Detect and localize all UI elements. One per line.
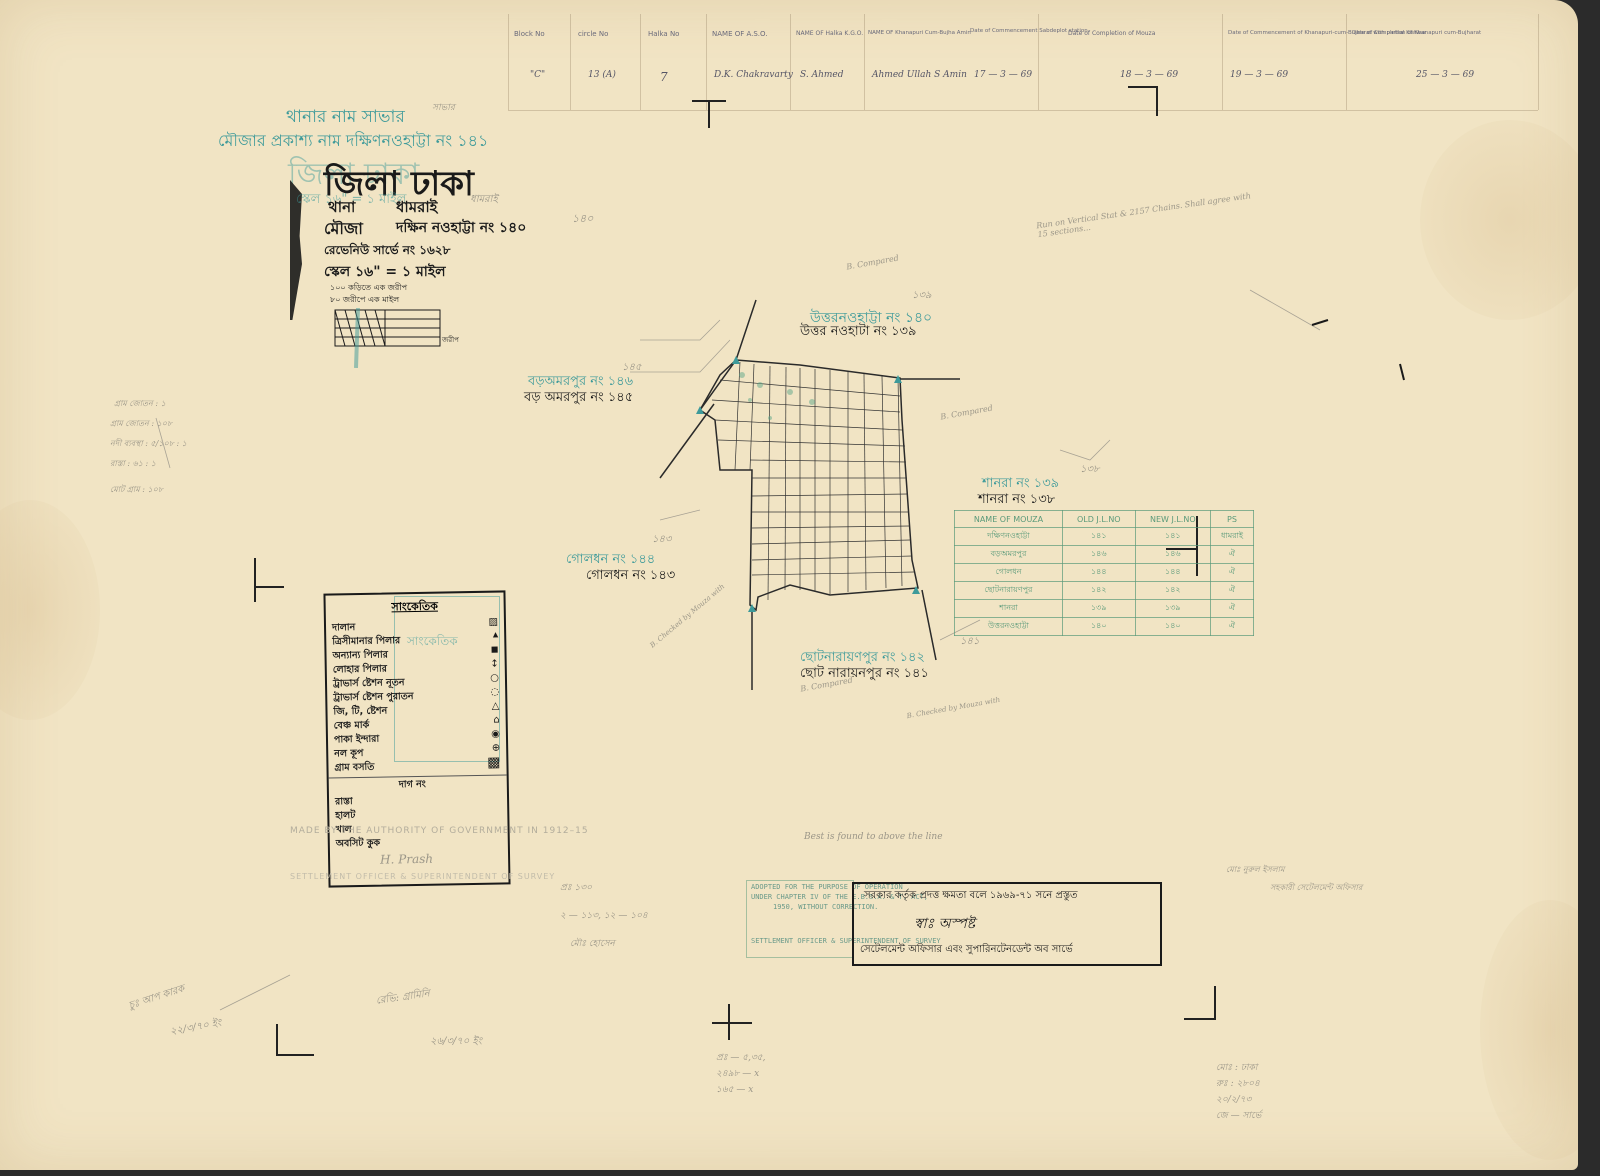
table-cell: ধামরাই [1211, 528, 1254, 546]
pencil-tally: রাস্তা : ৬১ : ১ [110, 458, 156, 471]
table-cell: ১৪৪ [1062, 564, 1135, 582]
pencil-note-officer-title: সহকারী সেটেলমেন্ট অফিসার [1270, 882, 1362, 895]
neighbor-label: উত্তর নওহাটা নং ১৩৯ [800, 322, 916, 343]
map-sheet: Block No circle No Halka No NAME OF A.S.… [0, 0, 1578, 1170]
officer-signature: স্বাঃ অস্পষ্ট [914, 912, 975, 936]
table-header: NAME OF MOUZA [955, 511, 1063, 528]
table-cell: ১৪২ [1135, 582, 1210, 600]
pencil-note-bottom: Best is found to above the line [804, 832, 943, 842]
table-row: গোলধন ১৪৪ ১৪৪ ঐ [955, 564, 1254, 582]
pucca-well-icon: ◉ [491, 729, 500, 740]
table-cell: বড়অমরপুর [955, 546, 1063, 564]
table-row: শানরা ১৩৯ ১৩৯ ঐ [955, 600, 1254, 618]
pencil-note-officer: মোঃ নুরুল ইসলাম [1226, 864, 1284, 877]
other-pillar-icon: ■ [491, 645, 499, 654]
pencil-list-item: মোঃ : ঢাকা [1216, 1060, 1257, 1075]
pencil-list-item: জে — সার্ভে [1216, 1108, 1261, 1123]
table-cell: ১৪৪ [1135, 564, 1210, 582]
table-cell: ১৪০ [1135, 618, 1210, 636]
building-symbol-icon: ▨ [488, 617, 498, 628]
iron-pillar-icon: ↕ [490, 659, 499, 670]
made-by-note: MADE BY THE AUTHORITY OF GOVERNMENT IN 1… [290, 826, 589, 836]
neighbor-pencil-no: ১৪৩ [652, 532, 671, 549]
settlement-note: SETTLEMENT OFFICER & SUPERINTENDENT OF S… [290, 872, 555, 881]
neighbor-pencil-no: ১৩৮ [1080, 462, 1099, 479]
village-settlement-icon: ▩ [487, 755, 501, 771]
legend-line-item: রাস্তা [335, 795, 353, 810]
pencil-tally: মোট গ্রাম : ১০৮ [110, 484, 163, 497]
pencil-tally: গ্রাম জোতন : ১ [114, 398, 166, 411]
table-cell: ঐ [1211, 600, 1254, 618]
bench-mark-icon: ⌂ [493, 715, 500, 726]
table-cell: শানরা [955, 600, 1063, 618]
pencil-list-item: ২০/২/৭৩ [1216, 1092, 1251, 1107]
new-traverse-station-icon: ○ [490, 673, 499, 684]
legend-subtitle: দাগ নং [399, 778, 426, 793]
tri-junction-pillar-icon: ▲ [493, 631, 499, 639]
mouza-plot-map [0, 0, 1578, 1170]
legend-item: গ্রাম বসতি [334, 761, 374, 777]
neighbor-pencil-no: ১৪১ [960, 634, 979, 651]
pencil-list-item: ১৬৫ — x [716, 1082, 753, 1097]
neighbor-label: বড় অমরপুর নং ১৪৫ [524, 388, 633, 409]
table-cell: ১৪১ [1135, 528, 1210, 546]
table-cell: ১৪২ [1062, 582, 1135, 600]
table-cell: ঐ [1211, 564, 1254, 582]
table-cell: ঐ [1211, 618, 1254, 636]
gt-station-icon: △ [492, 701, 500, 712]
legend-line-item: হালট [335, 809, 355, 824]
neighbor-label: শানরা নং ১৩৮ [978, 490, 1055, 511]
legend-pencil-signature: H. Prash [380, 852, 433, 867]
bengali-authority-stamp: সরকার কর্তৃক প্রদত্ত ক্ষমতা বলে ১৯৬৯-৭১ … [852, 882, 1162, 966]
table-cell: ১৪১ [1062, 528, 1135, 546]
pencil-note: মৌঃ হোসেন [570, 936, 615, 951]
neighbor-pencil-no: ১৩৯ [912, 288, 931, 305]
table-cell: গোলধন [955, 564, 1063, 582]
legend-title: সাংকেতিক [326, 596, 504, 618]
pencil-tally: গ্রাম জোতন : ১০৮ [110, 418, 172, 431]
table-header: OLD J.L.NO [1062, 511, 1135, 528]
authority-text: সরকার কর্তৃক প্রদত্ত ক্ষমতা বলে ১৯৬৯-৭১ … [864, 888, 1078, 905]
table-row: ছোটনারায়ণপুর ১৪২ ১৪২ ঐ [955, 582, 1254, 600]
pencil-tally: নদী ব্যবস্থা : ৫/১০৮ : ১ [110, 438, 187, 451]
table-row: বড়অমরপুর ১৪৬ ১৪৬ ঐ [955, 546, 1254, 564]
pencil-note: প্রঃ ১৩০ [560, 880, 592, 895]
table-cell: ১৪০ [1062, 618, 1135, 636]
pencil-list-item: প্রঃ — ৫,৩৫, [716, 1050, 766, 1065]
pencil-list-item: ২৪৯৮ — x [716, 1066, 759, 1081]
table-cell: দক্ষিণনওহাট্টা [955, 528, 1063, 546]
officer-title: সেটেলমেন্ট অফিসার এবং সুপারিনটেনডেন্ট অব… [860, 942, 1073, 959]
legend-box: সাংকেতিক দালান ▨ ত্রিসীমানার পিলার ▲ অন্… [323, 590, 510, 887]
plot-boundaries [712, 362, 914, 600]
adoption-stamp: ADOPTED FOR THE PURPOSE OF OPERATION UND… [746, 880, 854, 958]
old-traverse-station-icon: ◌ [490, 687, 499, 698]
table-cell: ছোটনারায়ণপুর [955, 582, 1063, 600]
table-cell: ঐ [1211, 546, 1254, 564]
table-row: দক্ষিণনওহাট্টা ১৪১ ১৪১ ধামরাই [955, 528, 1254, 546]
table-cell: ১৩৯ [1135, 600, 1210, 618]
neighbor-pencil-no: ১৪৫ [622, 360, 641, 377]
table-header: NEW J.L.NO [1135, 511, 1210, 528]
table-cell: ১৪৬ [1062, 546, 1135, 564]
pencil-note: ২ — ১১৩, ১২ — ১০৪ [560, 908, 648, 923]
table-header: PS [1211, 511, 1254, 528]
table-cell: ১৩৯ [1062, 600, 1135, 618]
table-cell: ১৪৬ [1135, 546, 1210, 564]
pencil-date-mid: ২৬/৩/৭০ ইং [430, 1034, 482, 1051]
mouza-index-table: NAME OF MOUZA OLD J.L.NO NEW J.L.NO PS দ… [954, 510, 1254, 636]
neighbor-label: গোলধন নং ১৪৩ [586, 566, 675, 587]
pencil-list-item: রুঃ : ২৮০৪ [1216, 1076, 1260, 1091]
tube-well-icon: ⊕ [492, 743, 501, 754]
table-cell: ঐ [1211, 582, 1254, 600]
table-row: উত্তরনওহাট্টা ১৪০ ১৪০ ঐ [955, 618, 1254, 636]
legend-line-item: অবসিট কুক [336, 837, 381, 853]
table-cell: উত্তরনওহাট্টা [955, 618, 1063, 636]
